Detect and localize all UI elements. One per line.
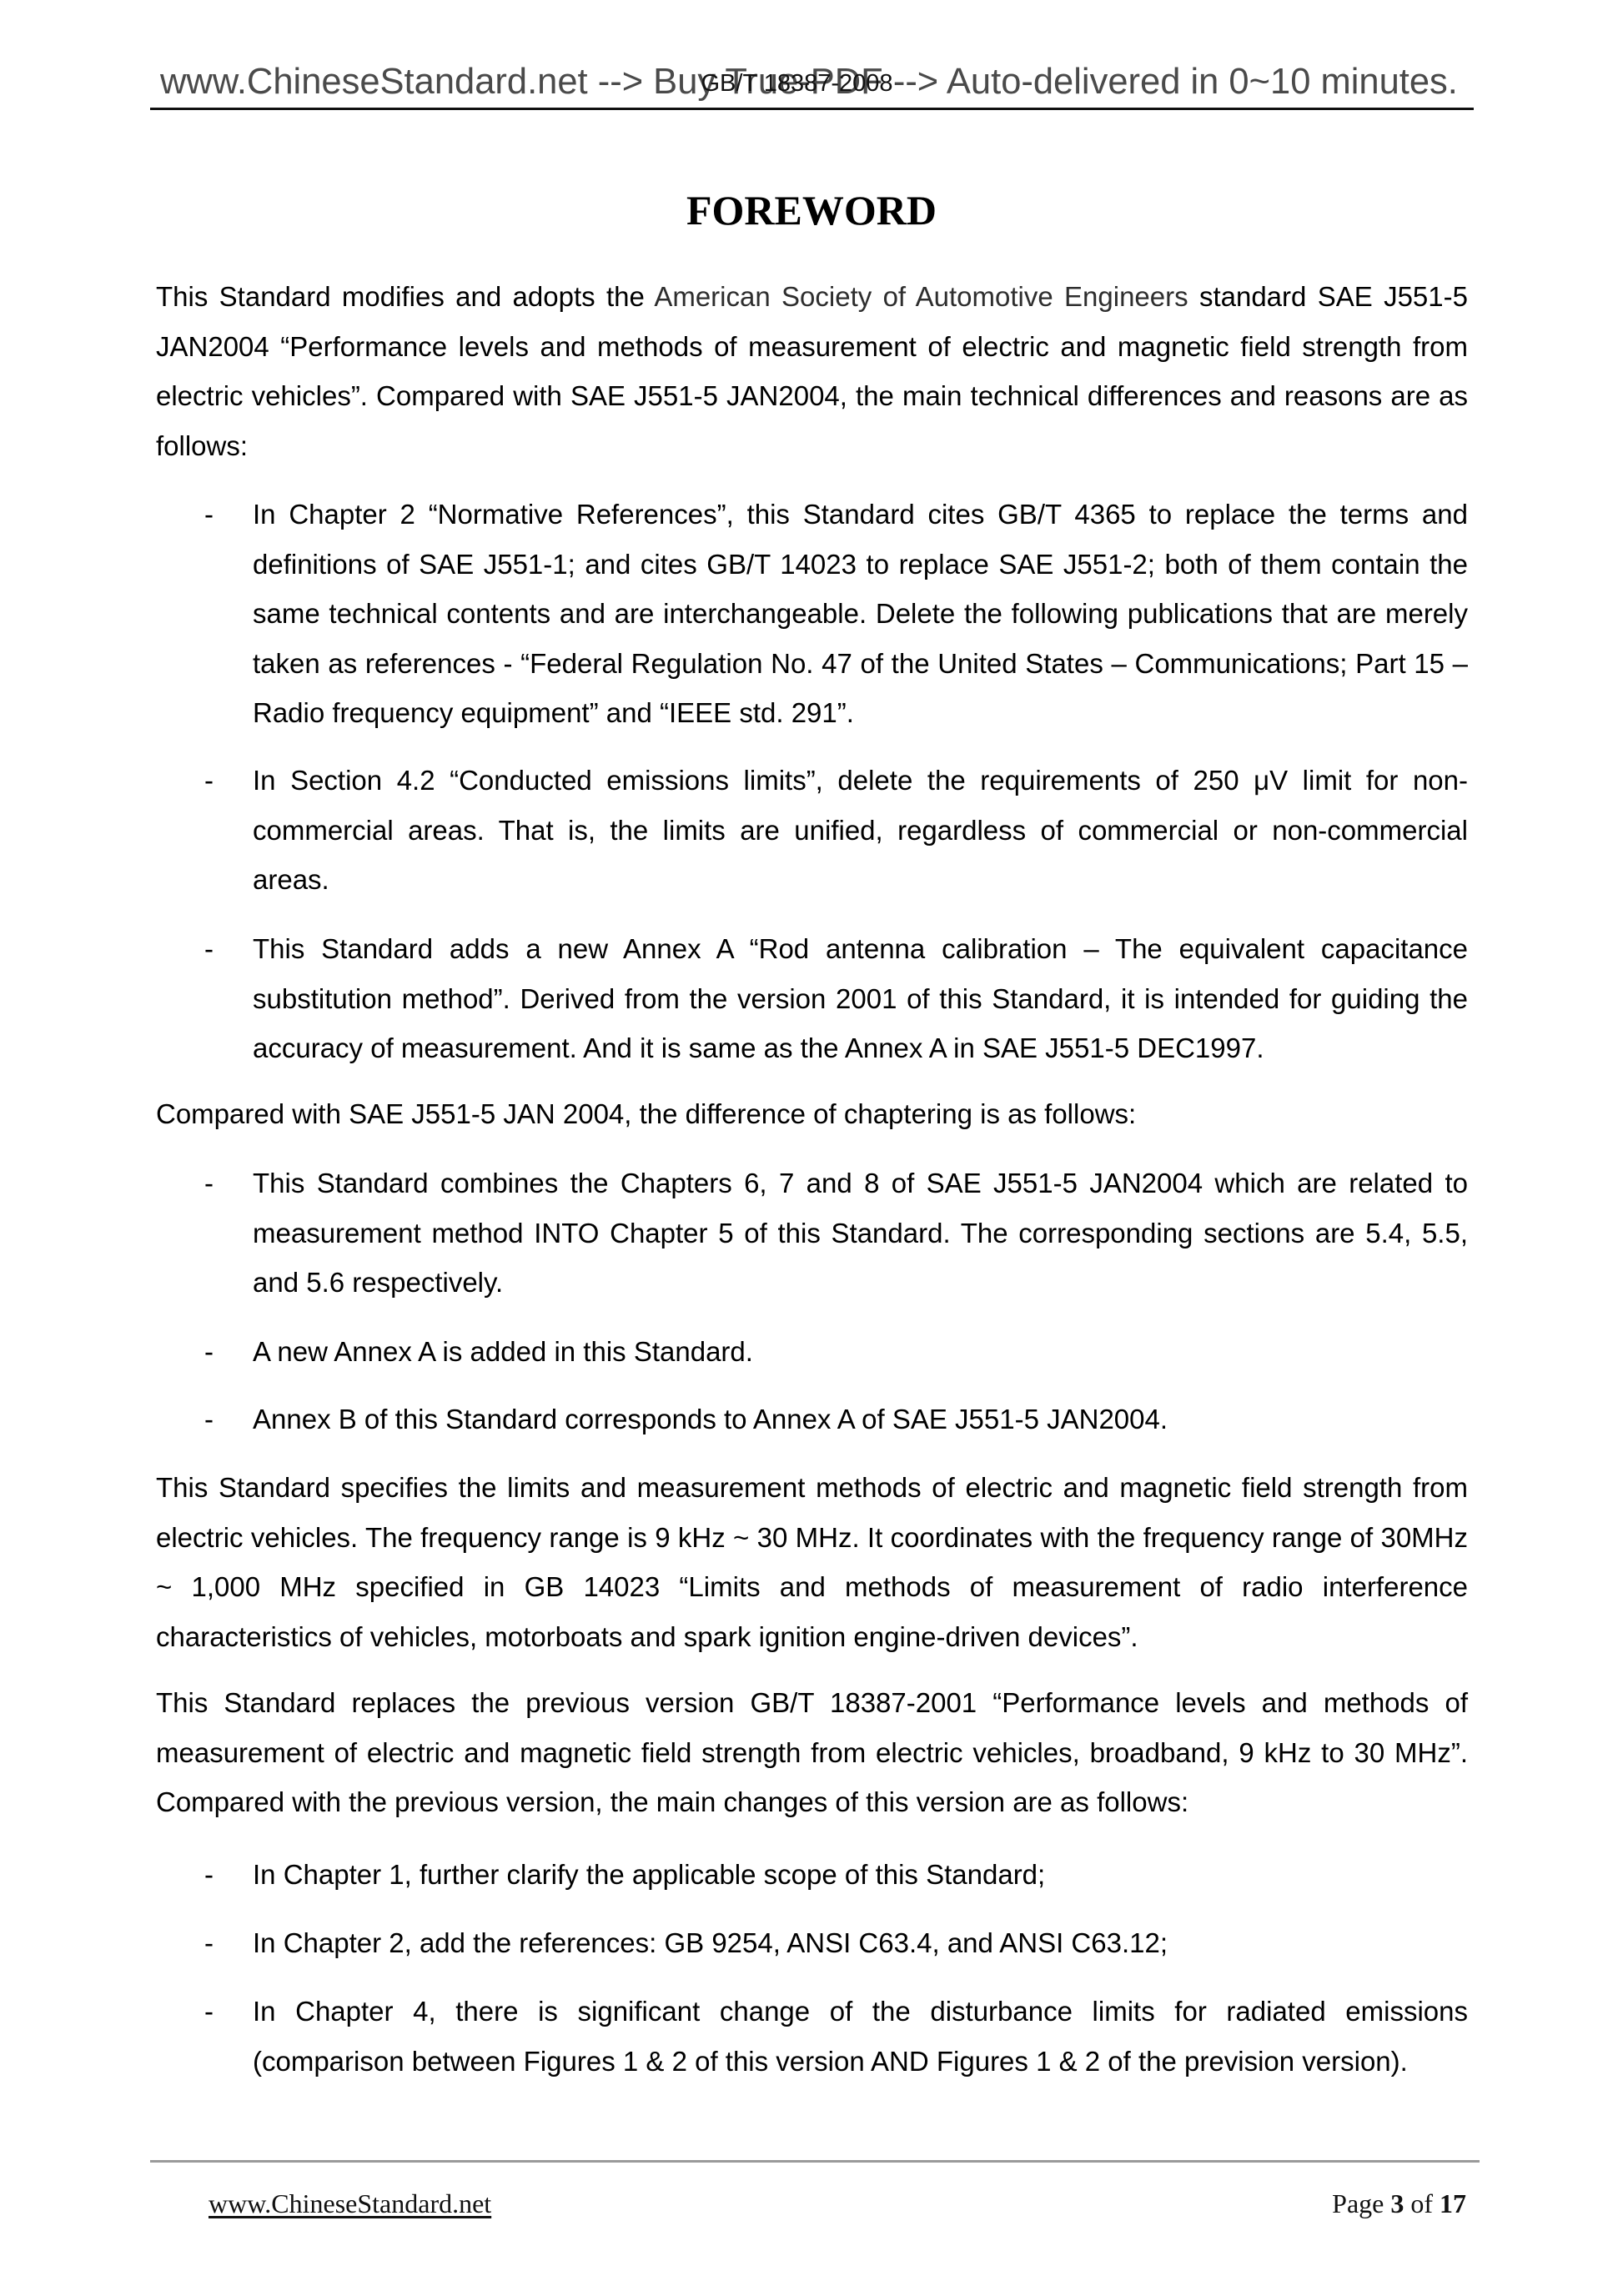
header-standard-code-wrap: GB/T 18387-2008 <box>0 67 1623 100</box>
list-item: - This Standard adds a new Annex A “Rod … <box>156 924 1468 1073</box>
bullet-dash: - <box>204 490 214 540</box>
page-title: FOREWORD <box>0 185 1623 235</box>
list-item-text: This Standard adds a new Annex A “Rod an… <box>253 924 1468 1073</box>
bullet-dash: - <box>204 1987 214 2037</box>
list-item-text: In Chapter 2 “Normative References”, thi… <box>253 490 1468 738</box>
list-item: - Annex B of this Standard corresponds t… <box>156 1394 1468 1444</box>
page-current: 3 <box>1390 2188 1404 2218</box>
paragraph-chaptering: Compared with SAE J551-5 JAN 2004, the d… <box>156 1089 1468 1139</box>
list-item: - In Chapter 1, further clarify the appl… <box>156 1850 1468 1900</box>
list-item: - In Chapter 4, there is significant cha… <box>156 1987 1468 2086</box>
footer-divider <box>150 2160 1480 2163</box>
footer-site-link[interactable]: www.ChineseStandard.net <box>209 2187 491 2220</box>
bullet-dash: - <box>204 1158 214 1208</box>
page-prefix: Page <box>1332 2188 1384 2218</box>
header-divider <box>150 108 1474 110</box>
list-item: - In Section 4.2 “Conducted emissions li… <box>156 756 1468 905</box>
paragraph-intro-before: This Standard modifies and adopts the <box>156 281 654 312</box>
header-standard-code: GB/T 18387-2008 <box>701 67 892 100</box>
list-item-text: Annex B of this Standard corresponds to … <box>253 1394 1468 1444</box>
paragraph-replaces: This Standard replaces the previous vers… <box>156 1678 1468 1827</box>
list-item: - A new Annex A is added in this Standar… <box>156 1327 1468 1377</box>
list-item: - In Chapter 2, add the references: GB 9… <box>156 1918 1468 1968</box>
bullet-dash: - <box>204 756 214 806</box>
list-item-text: A new Annex A is added in this Standard. <box>253 1327 1468 1377</box>
page-of: of <box>1410 2188 1433 2218</box>
list-item: - In Chapter 2 “Normative References”, t… <box>156 490 1468 738</box>
page-number: Page 3 of 17 <box>1332 2187 1466 2220</box>
list-item-text: In Chapter 4, there is significant chang… <box>253 1987 1468 2086</box>
list-item-text: In Chapter 1, further clarify the applic… <box>253 1850 1468 1900</box>
paragraph-scope: This Standard specifies the limits and m… <box>156 1463 1468 1661</box>
bullet-dash: - <box>204 1327 214 1377</box>
bullet-dash: - <box>204 1918 214 1968</box>
list-item-text: In Section 4.2 “Conducted emissions limi… <box>253 756 1468 905</box>
document-page: www.ChineseStandard.net --> Buy True-PDF… <box>0 0 1623 2296</box>
list-item: - This Standard combines the Chapters 6,… <box>156 1158 1468 1308</box>
list-item-text: This Standard combines the Chapters 6, 7… <box>253 1158 1468 1308</box>
bullet-dash: - <box>204 924 214 974</box>
bullet-dash: - <box>204 1850 214 1900</box>
paragraph-intro-org: American Society of Automotive Engineers <box>654 281 1188 312</box>
paragraph-intro: This Standard modifies and adopts the Am… <box>156 272 1468 470</box>
page-total: 17 <box>1440 2188 1466 2218</box>
list-item-text: In Chapter 2, add the references: GB 925… <box>253 1918 1468 1968</box>
bullet-dash: - <box>204 1394 214 1444</box>
